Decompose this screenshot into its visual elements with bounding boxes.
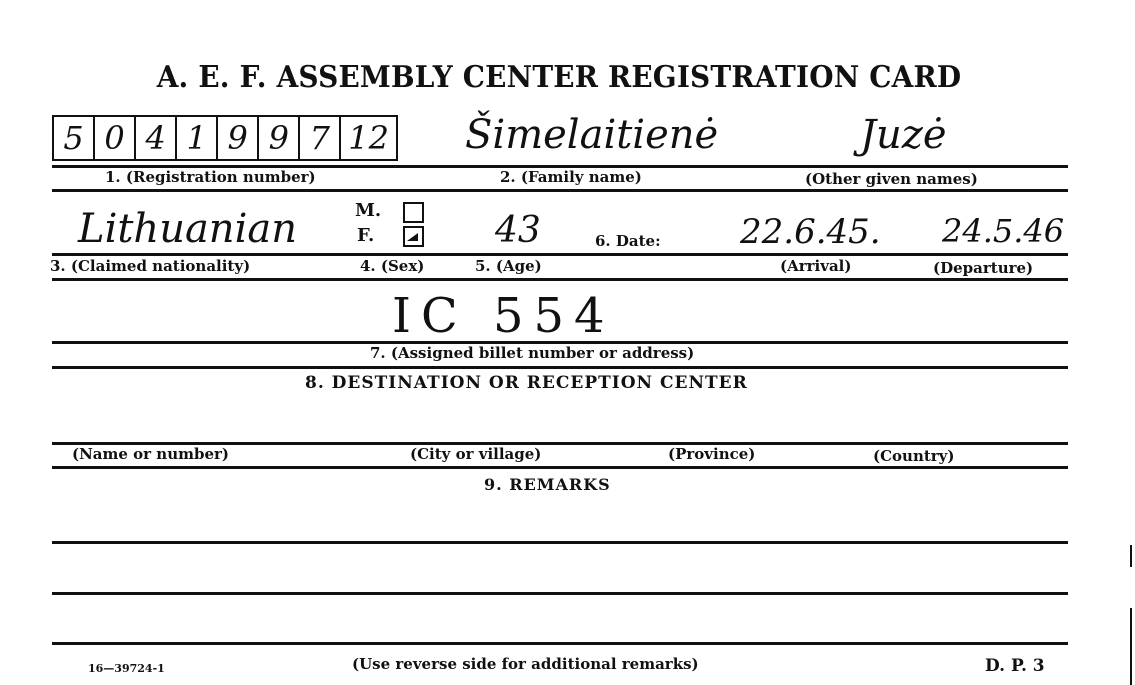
registration-number-label: 1. (Registration number) <box>105 168 316 186</box>
form-number: 16—39724-1 <box>88 662 165 675</box>
divider-line <box>52 253 1068 256</box>
reg-digit: 9 <box>218 117 259 159</box>
given-names-value: Juzė <box>860 112 947 158</box>
age-label: 5. (Age) <box>475 257 542 275</box>
date-label: 6. Date: <box>595 232 661 250</box>
reg-digit: 7 <box>300 117 341 159</box>
footer-note: (Use reverse side for additional remarks… <box>352 655 699 673</box>
sex-checkbox-m[interactable] <box>403 202 424 223</box>
reg-digit: 0 <box>95 117 136 159</box>
departure-label: (Departure) <box>933 259 1033 277</box>
form-code: D. P. 3 <box>985 656 1045 676</box>
remarks-line <box>52 541 1068 544</box>
reg-digit: 9 <box>259 117 300 159</box>
age-value: 43 <box>495 210 541 251</box>
card-title: A. E. F. ASSEMBLY CENTER REGISTRATION CA… <box>39 60 1079 95</box>
family-name-label: 2. (Family name) <box>500 168 642 186</box>
reg-digit: 5 <box>54 117 95 159</box>
remarks-line <box>52 592 1068 595</box>
divider-line <box>52 466 1068 469</box>
reg-digit: 12 <box>341 117 396 159</box>
nationality-value: Lithuanian <box>78 206 297 252</box>
destination-province-label: (Province) <box>668 445 755 463</box>
scan-edge-mark <box>1130 545 1132 567</box>
reg-digit: 4 <box>136 117 177 159</box>
destination-heading: 8. DESTINATION OR RECEPTION CENTER <box>305 373 748 393</box>
nationality-label: 3. (Claimed nationality) <box>50 257 250 275</box>
destination-country-label: (Country) <box>873 447 955 465</box>
destination-city-label: (City or village) <box>410 445 541 463</box>
given-names-label: (Other given names) <box>805 170 978 188</box>
billet-label: 7. (Assigned billet number or address) <box>370 344 694 362</box>
reg-digit: 1 <box>177 117 218 159</box>
billet-value: IC 554 <box>392 288 615 344</box>
destination-name-label: (Name or number) <box>72 445 229 463</box>
sex-option-f-label: F. <box>357 225 374 246</box>
divider-line <box>52 278 1068 281</box>
departure-date-value: 24.5.46 <box>942 212 1064 250</box>
divider-line <box>52 366 1068 369</box>
sex-checkbox-f[interactable] <box>403 226 424 247</box>
arrival-date-value: 22.6.45. <box>740 212 881 252</box>
remarks-heading: 9. REMARKS <box>484 475 611 494</box>
remarks-line <box>52 642 1068 645</box>
divider-line <box>52 189 1068 192</box>
sex-label: 4. (Sex) <box>360 257 424 275</box>
registration-number-box: 5 0 4 1 9 9 7 12 <box>52 115 398 161</box>
sex-option-m-label: M. <box>355 200 381 221</box>
family-name-value: Šimelaitienė <box>465 112 718 158</box>
arrival-label: (Arrival) <box>780 257 851 275</box>
scan-edge-mark <box>1130 608 1132 685</box>
